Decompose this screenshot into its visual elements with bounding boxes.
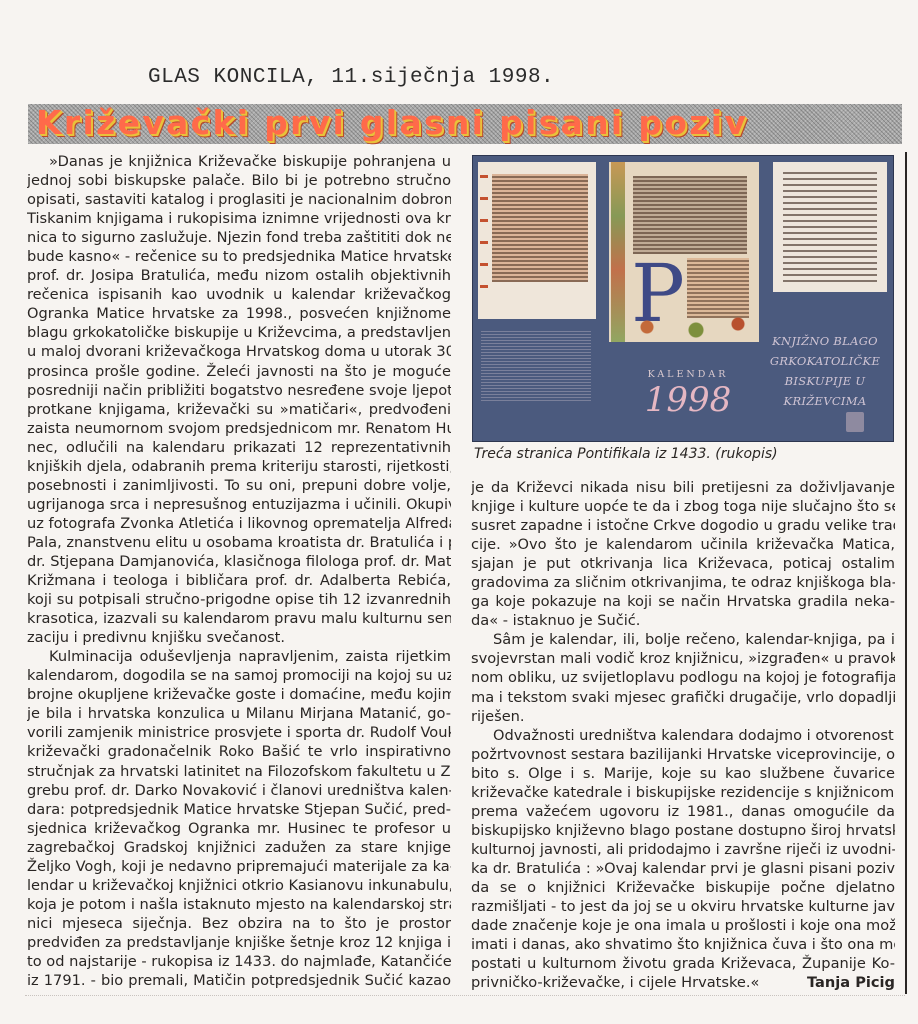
crest-icon	[846, 412, 864, 432]
masthead: GLAS KONCILA, 11.siječnja 1998.	[148, 66, 554, 89]
text-line: knjige i kulture uopće te da i zbog toga…	[471, 497, 895, 516]
text-line: biskupijsko književno blago postane dost…	[471, 821, 895, 840]
text-line: prosinca prošle godine. Želeći javnosti …	[27, 362, 451, 381]
text-line: Križmana i teologa i bibličara prof. dr.…	[27, 571, 451, 590]
text-line: kalendarom, dogodila se na samoj promoci…	[27, 666, 451, 685]
text-line: dade značenje koje je ona imala u prošlo…	[471, 916, 895, 935]
text-line: sjajan je put otkrivanja lica Križevaca,…	[471, 554, 895, 573]
text-line: požrtvovnost sestara bazilijanki Hrvatsk…	[471, 745, 895, 764]
text-line: iz 1791. - bio premali, Matičin potpreds…	[27, 971, 451, 990]
text-line: bito s. Olge i s. Marije, koje su kao sl…	[471, 764, 895, 783]
text-line: Pala, znanstvenu elitu u osobama kroatis…	[27, 533, 451, 552]
text-line: knjiških djela, odabranih prema kriterij…	[27, 457, 451, 476]
text-line: jednoj sobi biskupske palače. Bilo bi je…	[27, 171, 451, 190]
calendar-label: KALENDAR	[628, 369, 748, 380]
text-line: Tiskanim knjigama i rukopisima iznimne v…	[27, 209, 451, 228]
text-line: nici mjeseca siječnja. Bez obzira na to …	[27, 914, 451, 933]
calendar-title: KNJIŽNO BLAGO GRKOKATOLIČKE BISKUPIJE U …	[761, 331, 889, 411]
text-line: predviđen za predstavljanje knjiške šetn…	[27, 933, 451, 952]
text-line: posredniji način približiti bogatstvo ne…	[27, 381, 451, 400]
text-line: bude kasno« - rečenice su to predsjednik…	[27, 247, 451, 266]
text-line: zaciju i predivnu knjišku svečanost.	[27, 628, 451, 647]
calendar-year: 1998	[628, 380, 748, 420]
author-byline: Tanja Picig	[807, 973, 895, 992]
text-line: Željko Vogh, koji je nedavno pripremajuć…	[27, 857, 451, 876]
text-line: imati i danas, ako shvatimo što knjižnic…	[471, 935, 895, 954]
manuscript-page-1	[478, 162, 596, 319]
text-line: opisati, sastaviti katalog i proglasiti …	[27, 190, 451, 209]
text-line: križevački gradonačelnik Roko Bašić te v…	[27, 742, 451, 761]
text-line: riješen.	[471, 707, 895, 726]
text-line: krasotica, izazvali su kalendarom pravu …	[27, 609, 451, 628]
text-line: nec, odlučili na kalendaru prikazati 12 …	[27, 438, 451, 457]
text-line: svojevrstan mali vodič kroz knjižnicu, »…	[471, 649, 895, 668]
text-line: »Danas je knjižnica Križevačke biskupije…	[27, 152, 451, 171]
manuscript-page-2: P	[609, 162, 759, 342]
text-line: Kulminacija oduševljenja napravljenim, z…	[27, 647, 451, 666]
left-column: »Danas je knjižnica Križevačke biskupije…	[27, 152, 451, 990]
text-line: ma i tekstom svaki mjesec grafički druga…	[471, 688, 895, 707]
text-line: zaista neumornom svojom predsjednicom mr…	[27, 419, 451, 438]
text-line: ka dr. Bratulića : »Ovaj kalendar prvi j…	[471, 859, 895, 878]
text-line-final: privničko-križevačke, i cijele Hrvatske.…	[471, 973, 895, 992]
manuscript-page-3	[773, 162, 887, 292]
text-line: u maloj dvorani križevačkoga Hrvatskog d…	[27, 342, 451, 361]
bottom-rule	[25, 995, 905, 997]
text-line: koja je potom i našla istaknuto mjesto n…	[27, 895, 451, 914]
text-line: kulturnoj javnosti, ali pridodajmo i zav…	[471, 840, 895, 859]
right-column: je da Križevci nikada nisu bili pretijes…	[471, 478, 895, 992]
cover-small-text	[481, 331, 591, 401]
text-line: je da Križevci nikada nisu bili pretijes…	[471, 478, 895, 497]
text-line: prema važećem ugovoru iz 1981., danas om…	[471, 802, 895, 821]
text-line: sjednica križevačkog Ogranka mr. Husinec…	[27, 819, 451, 838]
text-line: ugrijanoga srca i nepresušnog entuzijazm…	[27, 495, 451, 514]
text-line: postati u kulturnom životu grada Križeva…	[471, 954, 895, 973]
text-line: dr. Stjepana Damjanovića, klasičnoga fil…	[27, 552, 451, 571]
text-line: koji su potpisali stručno-prigodne opise…	[27, 590, 451, 609]
column-rule	[905, 152, 907, 994]
text-line: prof. dr. Josipa Bratulića, među nizom o…	[27, 266, 451, 285]
text-line: razmišljati - to jest da joj se u okviru…	[471, 897, 895, 916]
text-line: rečenica ispisanih kao uvodnik u kalenda…	[27, 285, 451, 304]
photo-caption: Treća stranica Pontifikala iz 1433. (ruk…	[474, 446, 778, 462]
text-line: lendar u križevačkoj knjižnici otkrio Ka…	[27, 876, 451, 895]
headline: Križevački prvi glasni pisani poziv	[36, 103, 748, 142]
text-line: dara: potpredsjednik Matice hrvatske Stj…	[27, 800, 451, 819]
text-line: da« - istaknuo je Sučić.	[471, 611, 895, 630]
text-line: protkane knjigama, križevački su »matiča…	[27, 400, 451, 419]
text-line: je bila i hrvatska konzulica u Milanu Mi…	[27, 704, 451, 723]
text-line: zagrebačkoj Gradskoj knjižnici zadužen z…	[27, 838, 451, 857]
text-line: Sâm je kalendar, ili, bolje rečeno, kale…	[471, 630, 895, 649]
text-line: susret zapadne i istočne Crkve dogodio u…	[471, 516, 895, 535]
text-line: grebu prof. dr. Darko Novaković i članov…	[27, 781, 451, 800]
calendar-cover-photo: P KALENDAR 1998 KNJIŽNO BLAGO GRKOKATOLI…	[472, 155, 894, 442]
text-line: nica to sigurno zaslužuje. Njezin fond t…	[27, 228, 451, 247]
text-line: uz fotografa Zvonka Atletića i likovnog …	[27, 514, 451, 533]
text-line: blagu grkokatoličke biskupije u Križevci…	[27, 323, 451, 342]
text-line: brojne okupljene križevačke goste i doma…	[27, 685, 451, 704]
text-line: to od najstarije - rukopisa iz 1433. do …	[27, 952, 451, 971]
text-line: križevačke katedrale i biskupijske rezid…	[471, 783, 895, 802]
text-line: stručnjak za hrvatski latinitet na Filoz…	[27, 762, 451, 781]
text-line: cije. »Ovo što je kalendarom učinila kri…	[471, 535, 895, 554]
text-line: nom obliku, uz svijetloplavu podlogu na …	[471, 668, 895, 687]
text-line: gradovima za sličnim otkrivanjima, te od…	[471, 573, 895, 592]
text-line: Ogranka Matice hrvatske za 1998., posveć…	[27, 304, 451, 323]
text-line: posebnosti i zanimljivosti. To su oni, p…	[27, 476, 451, 495]
text-line: ga koje pokazuje na koji se način Hrvats…	[471, 592, 895, 611]
text-line: da se o knjižnici Križevačke biskupije p…	[471, 878, 895, 897]
text-line: vorili zamjenik ministrice prosvjete i s…	[27, 723, 451, 742]
text-line: Odvažnosti uredništva kalendara dodajmo …	[471, 726, 895, 745]
